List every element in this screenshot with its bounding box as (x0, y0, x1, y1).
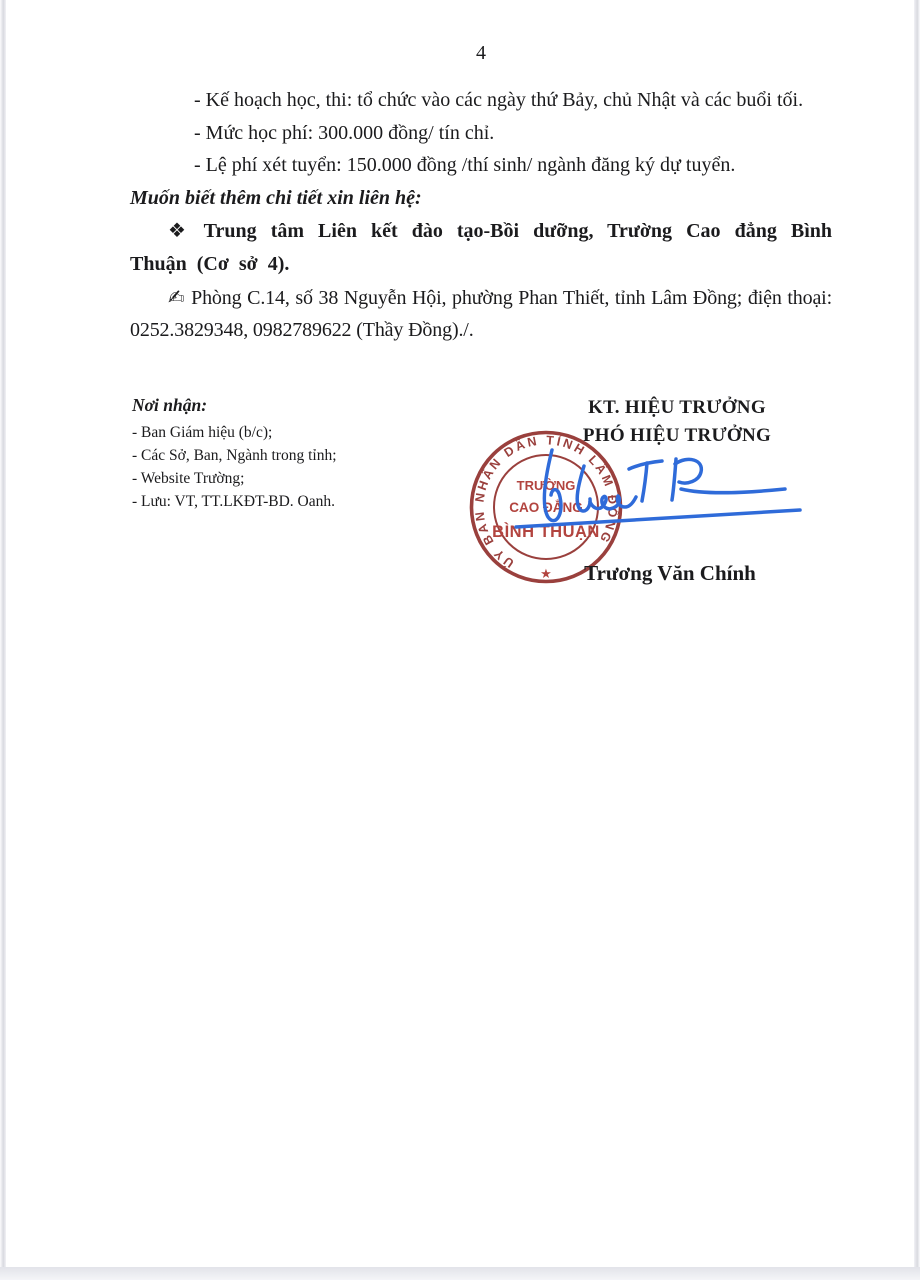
signature-stroke (675, 459, 701, 483)
writing-hand-icon: ✍ (168, 285, 185, 309)
page-edge-bottom (0, 1267, 920, 1280)
contact-heading: Muốn biết thêm chi tiết xin liên hệ: (130, 182, 832, 215)
document-page: { "page": { "number": "4" }, "body": { "… (0, 0, 920, 1280)
signature-flourish-line (681, 489, 785, 493)
contact-address-text: Phòng C.14, số 38 Nguyễn Hội, phường Pha… (130, 287, 832, 342)
diamond-bullet-icon: ❖ (168, 218, 190, 242)
document-body: - Kế hoạch học, thi: tổ chức vào các ngà… (130, 84, 832, 347)
signer-name: Trương Văn Chính (545, 561, 795, 586)
page-edge-right (914, 0, 920, 1280)
recipient-item: - Website Trường; (132, 467, 337, 490)
recipient-item: - Các Sở, Ban, Ngành trong tỉnh; (132, 444, 337, 467)
recipients-heading: Nơi nhận: (132, 395, 337, 416)
page-number: 4 (130, 42, 832, 65)
recipient-item: - Ban Giám hiệu (b/c); (132, 421, 337, 444)
paragraph-contact-address: ✍ Phòng C.14, số 38 Nguyễn Hội, phường P… (130, 281, 832, 347)
page-edge-left (0, 0, 6, 1280)
paragraph-contact-center: ❖ Trung tâm Liên kết đào tạo-Bồi dưỡng, … (130, 214, 832, 280)
paragraph-schedule: - Kế hoạch học, thi: tổ chức vào các ngà… (130, 84, 832, 117)
paragraph-fee: - Lệ phí xét tuyển: 150.000 đồng /thí si… (130, 149, 832, 182)
recipient-item: - Lưu: VT, TT.LKĐT-BD. Oanh. (132, 490, 337, 513)
recipients-block: Nơi nhận: - Ban Giám hiệu (b/c); - Các S… (132, 395, 337, 513)
signature-stroke (577, 466, 590, 511)
signature-stroke (642, 463, 647, 501)
paragraph-tuition: - Mức học phí: 300.000 đồng/ tín chỉ. (130, 117, 832, 150)
contact-center-text: Trung tâm Liên kết đào tạo-Bồi dưỡng, Tr… (130, 220, 832, 275)
